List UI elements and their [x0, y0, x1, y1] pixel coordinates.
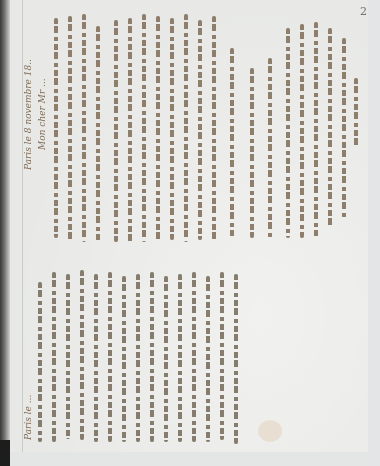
lower-letter-heading: Paris le ... [24, 395, 34, 440]
handwriting-line [170, 18, 174, 240]
paper-stain [258, 420, 282, 442]
upper-letter-salutation: Mon cher Mr ... [38, 78, 48, 150]
handwriting-line [230, 48, 234, 238]
handwriting-line [354, 78, 358, 148]
handwriting-line [108, 272, 112, 442]
binding-shadow [0, 440, 10, 466]
upper-letter-body [54, 8, 354, 248]
handwriting-line [136, 274, 140, 442]
handwriting-line [68, 16, 72, 241]
handwriting-line [286, 28, 290, 238]
handwriting-line [122, 276, 126, 442]
manuscript-page: 260 Paris le 8 novembre 18.. Mon cher Mr… [10, 0, 369, 453]
handwriting-line [300, 24, 304, 238]
handwriting-line [192, 272, 196, 442]
handwriting-line [198, 20, 202, 240]
upper-letter-dateline: Paris le 8 novembre 18.. [24, 59, 34, 170]
handwriting-line [164, 276, 168, 442]
page-right-edge [368, 0, 380, 466]
handwriting-line [82, 14, 86, 242]
handwriting-line [114, 20, 118, 242]
handwriting-line [184, 14, 188, 242]
handwriting-line [142, 14, 146, 242]
handwriting-line [128, 18, 132, 242]
book-binding [0, 0, 10, 466]
handwriting-line [52, 272, 56, 442]
page-bottom-edge [10, 452, 380, 466]
handwriting-line [250, 68, 254, 238]
handwriting-line [268, 58, 272, 238]
handwriting-line [206, 276, 210, 442]
handwriting-line [38, 282, 42, 442]
page-fold-line [22, 0, 23, 452]
handwriting-line [150, 272, 154, 442]
handwriting-line [54, 18, 58, 238]
handwriting-line [220, 272, 224, 440]
handwriting-line [178, 274, 182, 442]
handwriting-line [212, 16, 216, 240]
handwriting-line [96, 26, 100, 241]
handwriting-line [94, 274, 98, 442]
handwriting-line [156, 16, 160, 242]
handwriting-line [342, 38, 346, 218]
handwriting-line [66, 274, 70, 439]
handwriting-line [80, 270, 84, 440]
handwriting-line [234, 274, 238, 444]
handwriting-line [328, 28, 332, 228]
lower-letter-body [38, 262, 253, 447]
handwriting-line [314, 22, 318, 238]
